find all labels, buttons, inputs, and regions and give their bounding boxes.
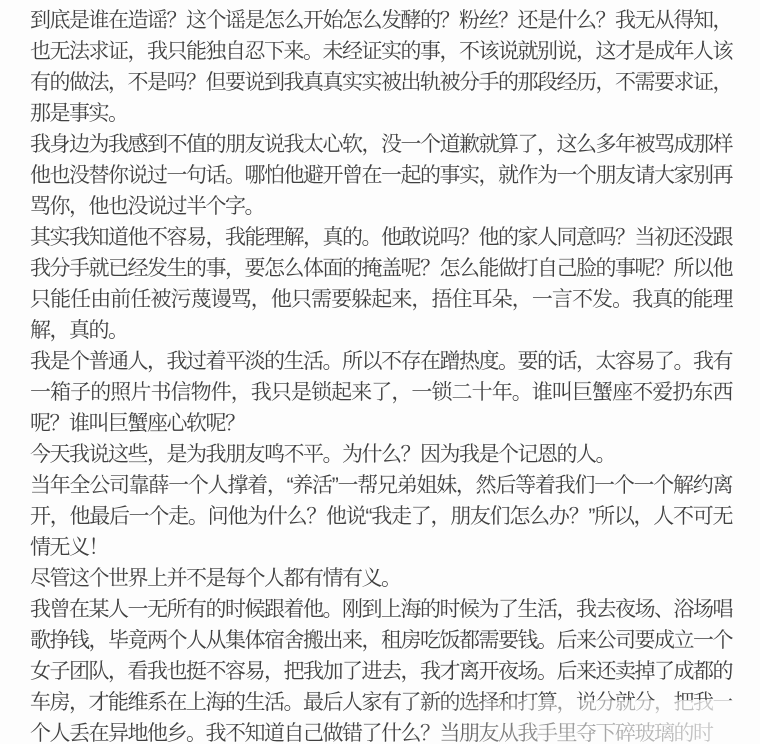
paragraph-company-years: 当年全公司靠薛一个人撑着，“养活”一帮兄弟姐妹，然后等着我们一个一个解约离开，他… xyxy=(30,470,732,563)
paragraph-friends-unfair: 我身边为我感到不值的朋友说我太心软，没一个道歉就算了，这么多年被骂成那样他也没替… xyxy=(30,129,732,222)
paragraph-understand-him: 其实我知道他不容易，我能理解，真的。他敢说吗？他的家人同意吗？当初还没跟我分手就… xyxy=(30,222,732,346)
page-root: { "theme": { "background_color": "#fdfdf… xyxy=(0,0,760,744)
paragraph-world-loyalty: 尽管这个世界上并不是每个人都有情有义。 xyxy=(30,563,732,594)
paragraph-shanghai-story: 我曾在某人一无所有的时候跟着他。刚到上海的时候为了生活，我去夜场、浴场唱歌挣钱，… xyxy=(30,594,732,744)
article-body: 到底是谁在造谣？这个谣是怎么开始怎么发酵的？粉丝？还是什么？我无从得知，也无法求… xyxy=(0,0,760,744)
paragraph-speak-for-friend: 今天我说这些，是为我朋友鸣不平。为什么？因为我是个记恩的人。 xyxy=(30,439,732,470)
paragraph-rumor-source: 到底是谁在造谣？这个谣是怎么开始怎么发酵的？粉丝？还是什么？我无从得知，也无法求… xyxy=(30,5,732,129)
paragraph-ordinary-person: 我是个普通人，我过着平淡的生活。所以不存在蹭热度。要的话，太容易了。我有一箱子的… xyxy=(30,346,732,439)
